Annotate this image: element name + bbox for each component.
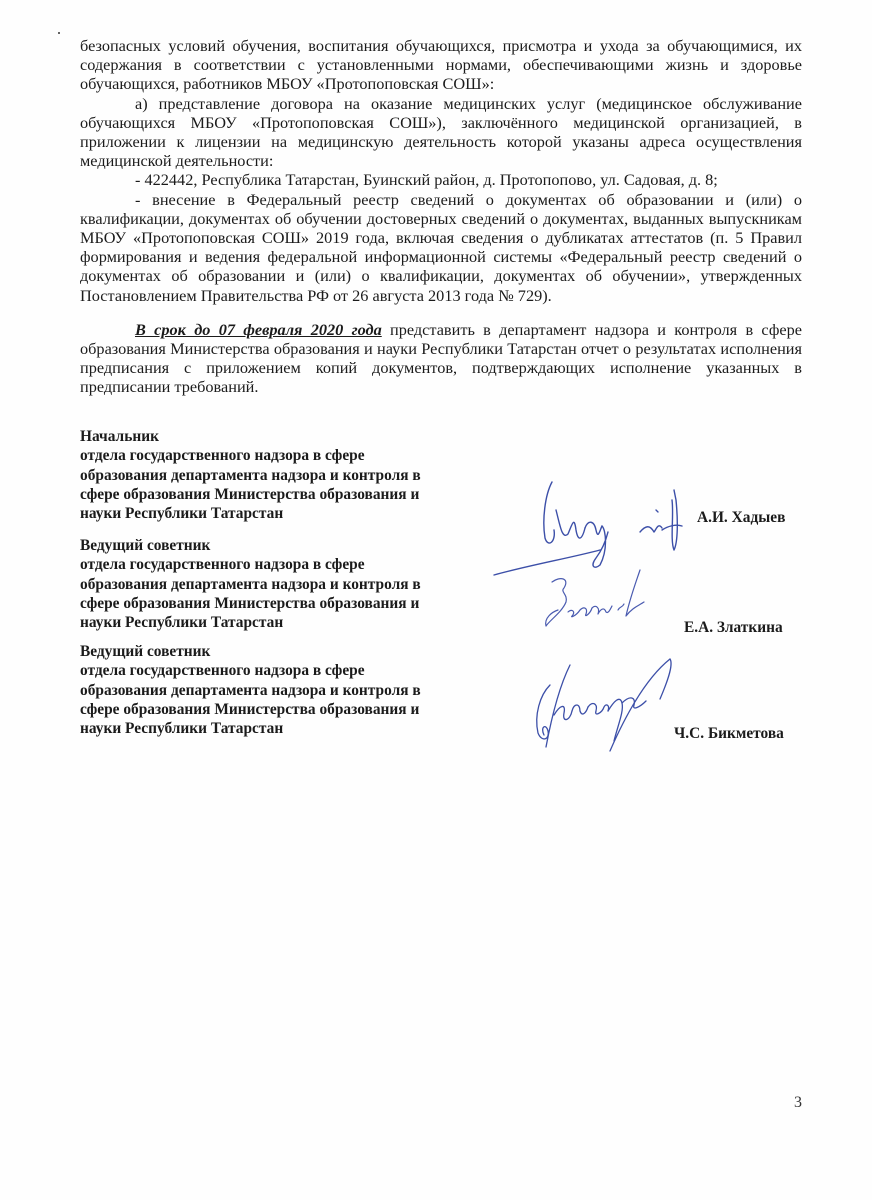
signatory-dept-line: науки Республики Татарстан [80,613,480,632]
signatory-title-2: Ведущий советник отдела государственного… [80,536,480,632]
signatory-dept-line: отдела государственного надзора в сфере [80,446,480,465]
deadline-date: В срок до 07 февраля 2020 года [135,320,382,339]
paragraph-safety-conditions: безопасных условий обучения, воспитания … [80,36,802,94]
signature-hadyev [490,470,700,580]
signatory-title-1: Начальник отдела государственного надзор… [80,427,480,523]
signatory-name-2: Е.А. Златкина [684,619,783,637]
signatory-name-3: Ч.С. Бикметова [674,725,784,743]
signature-bikmetova [510,655,690,755]
signatory-dept-line: отдела государственного надзора в сфере [80,555,480,574]
signatory-dept-line: образования департамента надзора и контр… [80,575,480,594]
signatory-dept-line: сфере образования Министерства образован… [80,700,480,719]
document-page: безопасных условий обучения, воспитания … [0,0,872,1200]
signatory-title-3: Ведущий советник отдела государственного… [80,642,480,738]
document-body: безопасных условий обучения, воспитания … [80,36,802,397]
scan-speck [58,32,60,34]
signatory-position: Ведущий советник [80,536,480,555]
signature-zlatkina [540,568,660,638]
signatory-dept-line: науки Республики Татарстан [80,504,480,523]
signatory-dept-line: науки Республики Татарстан [80,719,480,738]
paragraph-medical-contract: а) представление договора на оказание ме… [80,94,802,171]
paragraph-deadline: В срок до 07 февраля 2020 года представи… [80,320,802,397]
paragraph-federal-registry: - внесение в Федеральный реестр сведений… [80,190,802,305]
signatory-position: Начальник [80,427,480,446]
signatory-dept-line: сфере образования Министерства образован… [80,485,480,504]
signatory-dept-line: образования департамента надзора и контр… [80,466,480,485]
page-number: 3 [794,1094,802,1112]
signatory-dept-line: отдела государственного надзора в сфере [80,661,480,680]
signatory-position: Ведущий советник [80,642,480,661]
signatory-dept-line: сфере образования Министерства образован… [80,594,480,613]
signatory-name-1: А.И. Хадыев [697,509,785,527]
signatory-dept-line: образования департамента надзора и контр… [80,681,480,700]
paragraph-address: - 422442, Республика Татарстан, Буинский… [80,170,802,189]
